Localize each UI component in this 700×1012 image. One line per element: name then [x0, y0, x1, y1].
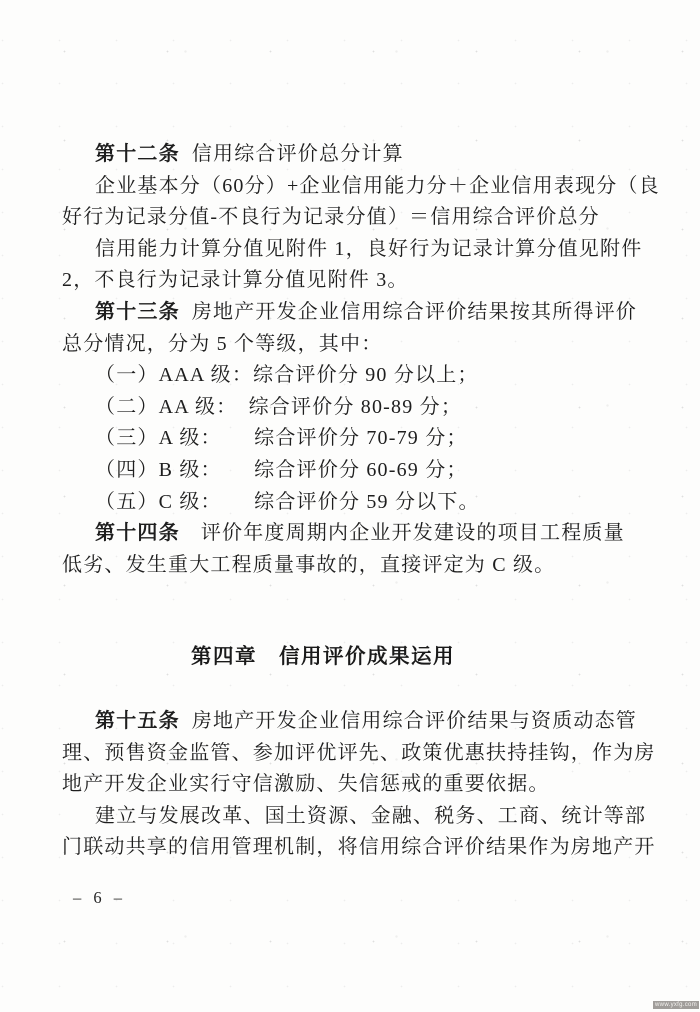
line-text: （五）C 级： 综合评价分 59 分以下。	[95, 491, 480, 513]
line-text: 企业基本分（60分）+企业信用能力分＋企业信用表现分（良	[95, 175, 660, 197]
line-text: 2，不良行为记录计算分值见附件 3。	[62, 269, 409, 291]
article-12-label: 第十二条	[95, 143, 180, 165]
grade-item-aa: （二）AA 级： 综合评价分 80-89 分；	[62, 392, 644, 424]
line-text: （四）B 级： 综合评价分 60-69 分；	[95, 459, 468, 481]
line-text: 信用能力计算分值见附件 1，良好行为记录计算分值见附件	[95, 238, 642, 260]
document-line: 第十二条信用综合评价总分计算	[62, 139, 644, 171]
article-13-label: 第十三条	[95, 301, 180, 323]
line-text: 门联动共享的信用管理机制，将信用综合评价结果作为房地产开	[62, 836, 656, 858]
document-line: 好行为记录分值-不良行为记录分值）＝信用综合评价总分	[62, 202, 644, 234]
line-text: 评价年度周期内企业开发建设的项目工程质量	[201, 522, 625, 544]
article-15-label: 第十五条	[95, 710, 180, 732]
line-text: （二）AA 级： 综合评价分 80-89 分；	[95, 396, 462, 418]
document-text-block: 第十二条信用综合评价总分计算 企业基本分（60分）+企业信用能力分＋企业信用表现…	[62, 139, 644, 864]
line-text: 建立与发展改革、国土资源、金融、税务、工商、统计等部	[95, 805, 646, 827]
line-text: （三）A 级： 综合评价分 70-79 分；	[95, 427, 468, 449]
line-text: （一）AAA 级：综合评价分 90 分以上；	[95, 364, 479, 386]
document-line: 建立与发展改革、国土资源、金融、税务、工商、统计等部	[62, 801, 644, 833]
grade-item-a: （三）A 级： 综合评价分 70-79 分；	[62, 423, 644, 455]
line-text: 好行为记录分值-不良行为记录分值）＝信用综合评价总分	[62, 206, 600, 228]
document-line: 低劣、发生重大工程质量事故的，直接评定为 C 级。	[62, 550, 644, 582]
line-text: 低劣、发生重大工程质量事故的，直接评定为 C 级。	[62, 554, 555, 576]
document-line: 理、预售资金监管、参加评优评先、政策优惠扶持挂钩，作为房	[62, 738, 644, 770]
page-number: – 6 –	[73, 888, 126, 908]
line-text: 信用综合评价总分计算	[192, 143, 404, 165]
document-line: 2，不良行为记录计算分值见附件 3。	[62, 265, 644, 297]
document-line: 门联动共享的信用管理机制，将信用综合评价结果作为房地产开	[62, 832, 644, 864]
line-text: 地产开发企业实行守信激励、失信惩戒的重要依据。	[62, 773, 550, 795]
document-line: 第十三条房地产开发企业信用综合评价结果按其所得评价	[62, 297, 644, 329]
watermark-badge: www.yxfg.com	[653, 1001, 699, 1009]
grade-item-aaa: （一）AAA 级：综合评价分 90 分以上；	[62, 360, 644, 392]
document-line: 第十四条评价年度周期内企业开发建设的项目工程质量	[62, 518, 644, 550]
line-text: 房地产开发企业信用综合评价结果与资质动态管	[192, 710, 637, 732]
grade-item-b: （四）B 级： 综合评价分 60-69 分；	[62, 455, 644, 487]
grade-item-c: （五）C 级： 综合评价分 59 分以下。	[62, 487, 644, 519]
scanned-document-page: 第十二条信用综合评价总分计算 企业基本分（60分）+企业信用能力分＋企业信用表现…	[0, 0, 700, 1012]
line-text: 房地产开发企业信用综合评价结果按其所得评价	[192, 301, 637, 323]
document-line: 信用能力计算分值见附件 1，良好行为记录计算分值见附件	[62, 234, 644, 266]
document-line: 企业基本分（60分）+企业信用能力分＋企业信用表现分（良	[62, 171, 644, 203]
document-line: 地产开发企业实行守信激励、失信惩戒的重要依据。	[62, 769, 644, 801]
line-text: 总分情况，分为 5 个等级，其中：	[62, 333, 382, 355]
line-text: 理、预售资金监管、参加评优评先、政策优惠扶持挂钩，作为房	[62, 742, 656, 764]
document-line: 第十五条房地产开发企业信用综合评价结果与资质动态管	[62, 706, 644, 738]
document-line: 总分情况，分为 5 个等级，其中：	[62, 329, 644, 361]
chapter-heading: 第四章 信用评价成果运用	[32, 641, 614, 673]
article-14-label: 第十四条	[95, 522, 180, 544]
